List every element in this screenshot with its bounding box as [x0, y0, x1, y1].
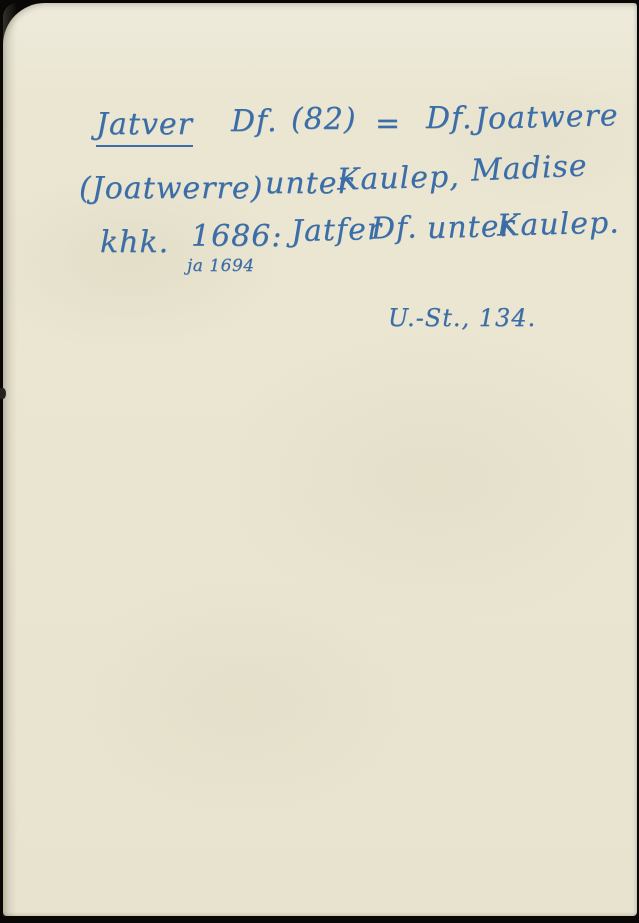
interlinear-year-addition: ja 1694 — [187, 256, 255, 276]
line1-placename-joatwere: Joatwere — [475, 98, 619, 137]
line1-abbrev-df: Df. — [231, 104, 278, 139]
line3-placename-kaulep: Kaulep. — [497, 205, 621, 243]
line3-abbrev-df: Df. — [371, 210, 419, 246]
line1-equals-sign: = — [375, 106, 401, 141]
line3-form-jatfer: Jatfer — [291, 212, 383, 249]
line3-year-1686: 1686: — [191, 219, 282, 254]
index-card-paper: Jatver Df. (82) = Df. Joatwere (Joatwerr… — [3, 3, 637, 916]
line1-abbrev-df-2: Df. — [426, 101, 473, 136]
source-citation: U.-St., 134. — [388, 304, 536, 332]
scanned-archive-card: Jatver Df. (82) = Df. Joatwere (Joatwerr… — [0, 0, 639, 923]
line2-variant-joatwerre: (Joatwerre) — [79, 171, 263, 206]
line1-number-ref: (82) — [291, 102, 357, 137]
headword: Jatver — [96, 107, 193, 147]
line2-parish-madise: Madise — [470, 148, 588, 188]
paper-edge-shadow — [3, 3, 17, 916]
line3-abbrev-khk: khk. — [100, 225, 169, 260]
scan-edge-speck — [0, 388, 6, 399]
line2-placename-kaulep: Kaulep, — [337, 159, 461, 197]
